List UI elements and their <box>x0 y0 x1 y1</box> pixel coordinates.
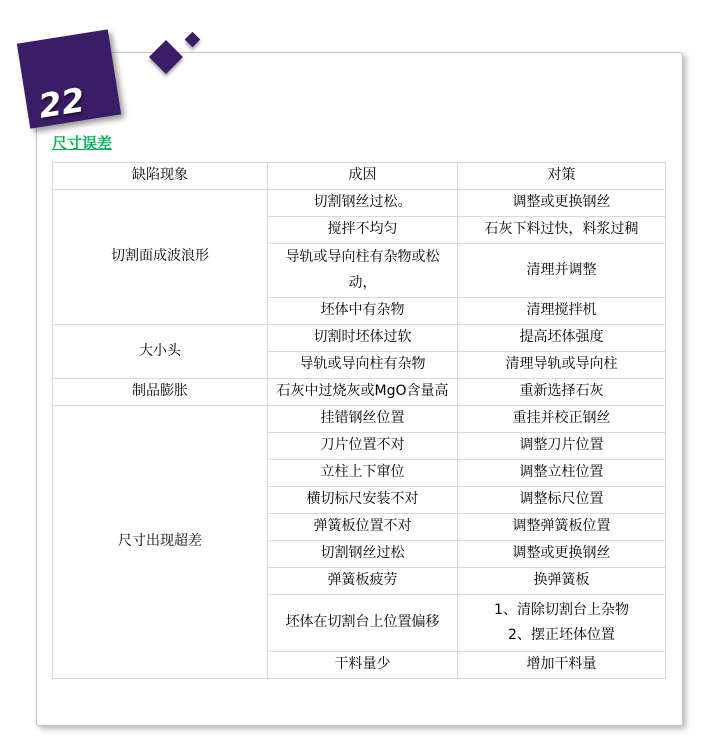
countermeasure-cell: 清理并调整 <box>458 244 666 298</box>
cause-cell: 切割钢丝过松 <box>268 541 458 568</box>
cause-cell: 横切标尺安装不对 <box>268 487 458 514</box>
countermeasure-cell: 提高坯体强度 <box>458 325 666 352</box>
countermeasure-cell: 调整或更换钢丝 <box>458 541 666 568</box>
page-title: 尺寸误差 <box>52 132 112 153</box>
countermeasure-cell: 重新选择石灰 <box>458 379 666 406</box>
countermeasure-cell: 调整刀片位置 <box>458 433 666 460</box>
countermeasure-cell: 清理导轨或导向柱 <box>458 352 666 379</box>
countermeasure-cell: 石灰下料过快，料浆过稠 <box>458 217 666 244</box>
countermeasure-cell: 换弹簧板 <box>458 568 666 595</box>
cause-cell: 坯体中有杂物 <box>268 298 458 325</box>
cause-cell: 切割钢丝过松。 <box>268 190 458 217</box>
countermeasure-cell: 重挂并校正钢丝 <box>458 406 666 433</box>
countermeasure-cell: 清理搅拌机 <box>458 298 666 325</box>
cause-cell: 立柱上下窜位 <box>268 460 458 487</box>
table-row: 尺寸出现超差 挂错钢丝位置 重挂并校正钢丝 <box>53 406 666 433</box>
countermeasure-cell: 调整或更换钢丝 <box>458 190 666 217</box>
table-row: 切割面成波浪形 切割钢丝过松。 调整或更换钢丝 <box>53 190 666 217</box>
countermeasure-cell: 1、清除切割台上杂物 2、摆正坯体位置 <box>458 595 666 652</box>
decor-diamond-small-icon <box>185 32 201 48</box>
page-number: 22 <box>36 80 88 126</box>
cause-cell: 搅拌不均匀 <box>268 217 458 244</box>
col-header-countermeasure: 对策 <box>458 163 666 190</box>
cause-cell: 坯体在切割台上位置偏移 <box>268 595 458 652</box>
col-header-phenomenon: 缺陷现象 <box>53 163 268 190</box>
phenomenon-cell: 切割面成波浪形 <box>53 190 268 325</box>
cause-cell: 石灰中过烧灰或MgO含量高 <box>268 379 458 406</box>
cause-cell: 刀片位置不对 <box>268 433 458 460</box>
cause-cell: 弹簧板位置不对 <box>268 514 458 541</box>
cause-cell: 挂错钢丝位置 <box>268 406 458 433</box>
page-number-badge: 22 <box>17 29 121 128</box>
phenomenon-cell: 尺寸出现超差 <box>53 406 268 679</box>
countermeasure-cell: 增加干料量 <box>458 652 666 679</box>
table-row: 大小头 切割时坯体过软 提高坯体强度 <box>53 325 666 352</box>
table-row: 制品膨胀 石灰中过烧灰或MgO含量高 重新选择石灰 <box>53 379 666 406</box>
phenomenon-cell: 大小头 <box>53 325 268 379</box>
defect-table-container: 缺陷现象 成因 对策 切割面成波浪形 切割钢丝过松。 调整或更换钢丝 搅拌不均匀… <box>52 162 666 679</box>
cause-cell: 导轨或导向柱有杂物 <box>268 352 458 379</box>
phenomenon-cell: 制品膨胀 <box>53 379 268 406</box>
countermeasure-cell: 调整弹簧板位置 <box>458 514 666 541</box>
cause-cell: 导轨或导向柱有杂物或松动， <box>268 244 458 298</box>
table-header-row: 缺陷现象 成因 对策 <box>53 163 666 190</box>
cause-cell: 切割时坯体过软 <box>268 325 458 352</box>
cause-cell: 弹簧板疲劳 <box>268 568 458 595</box>
col-header-cause: 成因 <box>268 163 458 190</box>
countermeasure-cell: 调整标尺位置 <box>458 487 666 514</box>
countermeasure-cell: 调整立柱位置 <box>458 460 666 487</box>
defect-table: 缺陷现象 成因 对策 切割面成波浪形 切割钢丝过松。 调整或更换钢丝 搅拌不均匀… <box>52 162 666 679</box>
cause-cell: 干料量少 <box>268 652 458 679</box>
